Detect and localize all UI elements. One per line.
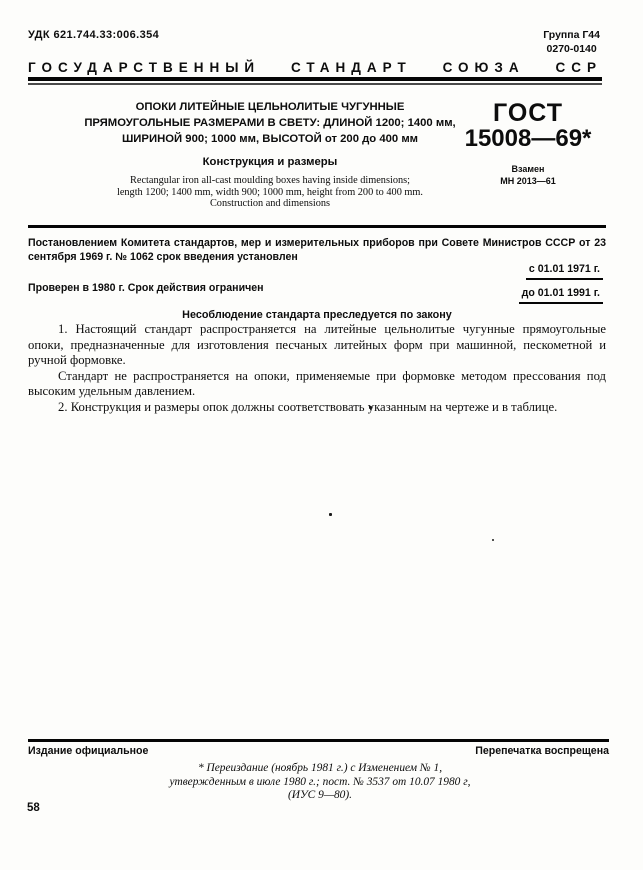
official-edition-label: Издание официальное [28,745,148,757]
replaces-label: Взамен [458,163,598,175]
replaces-number: МН 2013—61 [458,175,598,187]
body-paragraph-3: 2. Конструкция и размеры опок должны соо… [28,400,606,416]
title-en-line: length 1200; 1400 mm, width 900; 1000 mm… [58,187,482,199]
body-text: 1. Настоящий стандарт распространяется н… [28,322,606,416]
title-ru-line: ОПОКИ ЛИТЕЙНЫЕ ЦЕЛЬНОЛИТЫЕ ЧУГУННЫЕ [58,99,482,115]
footnote-line: утвержденным в июле 1980 г.; пост. № 353… [90,776,550,790]
banner-word: ГОСУДАРСТВЕННЫЙ [28,60,260,75]
footnote-line: * Переиздание (ноябрь 1981 г.) с Изменен… [90,762,550,776]
title-ru-line: ПРЯМОУГОЛЬНЫЕ РАЗМЕРАМИ В СВЕТУ: ДЛИНОЙ … [58,115,482,131]
valid-until-date: до 01.01 1991 г. [519,287,603,304]
scan-speck [369,406,372,409]
group-code-block: Группа Г44 0270-0140 [543,28,600,56]
footer-rule [28,739,609,742]
banner-rule-thick [28,77,602,81]
state-standard-banner: ГОСУДАРСТВЕННЫЙ СТАНДАРТ СОЮЗА ССР [28,60,602,75]
footnote-line: (ИУС 9—80). [90,789,550,803]
gost-number: 15008—69* [458,126,598,152]
title-en-line: Construction and dimensions [58,198,482,210]
page-number: 58 [27,802,40,814]
law-notice: Несоблюдение стандарта преследуется по з… [28,309,606,321]
effective-date: с 01.01 1971 г. [526,263,603,280]
gost-designation-block: ГОСТ 15008—69* Взамен МН 2013—61 [458,100,598,187]
reprint-forbidden-label: Перепечатка воспрещена [475,745,609,757]
standard-title-block: ОПОКИ ЛИТЕЙНЫЕ ЦЕЛЬНОЛИТЫЕ ЧУГУННЫЕ ПРЯМ… [58,99,482,210]
gost-word: ГОСТ [458,100,598,126]
scan-speck [329,513,332,516]
banner-rule-thin [28,83,602,85]
title-subtitle: Конструкция и размеры [58,156,482,168]
group-number: 0270-0140 [543,42,600,56]
group-label: Группа Г44 [543,28,600,42]
decree-paragraph: Постановлением Комитета стандартов, мер … [28,237,606,264]
udk-code: УДК 621.744.33:006.354 [28,29,159,41]
checked-line: Проверен в 1980 г. Срок действия огранич… [28,282,264,294]
title-ru-line: ШИРИНОЙ 900; 1000 мм, ВЫСОТОЙ от 200 до … [58,131,482,147]
body-paragraph-1: 1. Настоящий стандарт распространяется н… [28,322,606,369]
body-paragraph-2: Стандарт не распространяется на опоки, п… [28,369,606,400]
scan-speck [492,539,494,541]
banner-word: СТАНДАРТ [291,60,412,75]
title-en-block: Rectangular iron all-cast moulding boxes… [58,175,482,210]
reissue-footnote: * Переиздание (ноябрь 1981 г.) с Изменен… [90,762,550,803]
banner-word: ССР [555,60,602,75]
mid-rule [28,225,606,228]
gost-document-page: УДК 621.744.33:006.354 Группа Г44 0270-0… [0,0,643,870]
title-en-line: Rectangular iron all-cast moulding boxes… [58,175,482,187]
banner-word: СОЮЗА [443,60,525,75]
